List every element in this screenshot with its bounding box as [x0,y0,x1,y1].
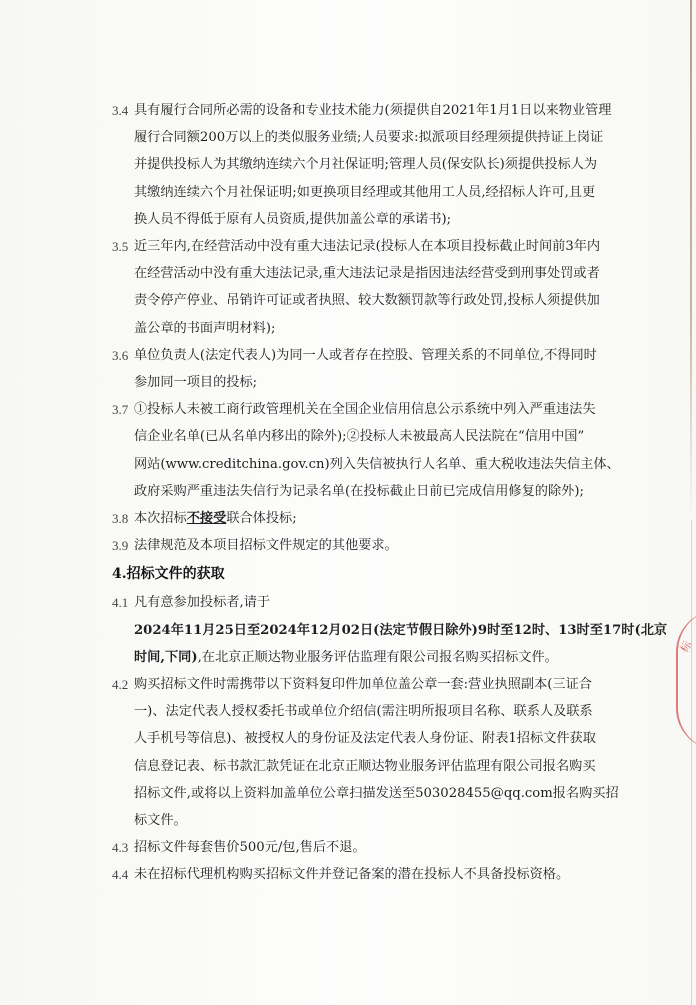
clause-line: 信息登记表、标书款汇款凭证在北京正顺达物业服务评估监理有限公司报名购买 [134,753,592,780]
clause-number: 3.4 [112,97,128,124]
clause-line: 法律规范及本项目招标文件规定的其他要求。 [134,532,592,559]
clause-number: 4.1 [112,589,128,616]
clause-line: 政府采购严重违法失信行为记录名单(在投标截止日前已完成信用修复的除外); [134,478,592,505]
clause-line: 其缴纳连续六个月社保证明;如更换项目经理或其他用工人员,经招标人许可,且更 [134,179,592,206]
clause-4-2: 4.2 购买招标文件时需携带以下资料复印件加单位盖公章一套:营业执照副本(三证合… [112,671,592,834]
clause-3-7: 3.7 ①投标人未被工商行政管理机关在全国企业信用信息公示系统中列入严重违法失 … [112,396,592,505]
clause-line: 履行合同额200万以上的类似服务业绩;人员要求:拟派项目经理须提供持证上岗证 [134,124,592,151]
clause-text: ,在北京正顺达物业服务评估监理有限公司报名购买招标文件。 [198,650,558,665]
clause-number: 3.5 [112,233,128,260]
clause-line: 人手机号等信息)、被授权人的身份证及法定代表人身份证、附表1招标文件获取 [134,725,592,752]
clause-line: 一)、法定代表人授权委托书或单位介绍信(需注明所报项目名称、联系人及联系 [134,698,592,725]
clause-line: 信企业名单(已从名单内移出的除外);②投标人未被最高人民法院在“信用中国” [134,423,592,450]
clause-number: 3.6 [112,342,128,369]
clause-3-4: 3.4 具有履行合同所必需的设备和专业技术能力(须提供自2021年1月1日以来物… [112,97,592,233]
clause-line: 本次招标不接受联合体投标; [134,505,592,532]
clause-line: 换人员不得低于原有人员资质,提供加盖公章的承诺书); [134,206,592,233]
clause-3-6: 3.6 单位负责人(法定代表人)为同一人或者存在控股、管理关系的不同单位,不得同… [112,342,592,396]
clause-text: 本次招标 [134,511,187,526]
clause-line: 并提供投标人为其缴纳连续六个月社保证明;管理人员(保安队长)须提供投标人为 [134,151,592,178]
clause-line: 近三年内,在经营活动中没有重大违法记录(投标人在本项目投标截止时间前3年内 [134,233,592,260]
clause-line-bold: 2024年11月25日至2024年12月02日(法定节假日除外)9时至12时、1… [134,617,592,644]
clause-line: 凡有意参加投标者,请于 [134,589,592,616]
clause-text-bold: 时间,下同) [134,650,198,665]
clause-line: 未在招标代理机构购买招标文件并登记备案的潜在投标人不具备投标资格。 [112,861,592,888]
clause-line: 责令停产停业、吊销许可证或者执照、较大数额罚款等行政处罚,投标人须提供加 [134,287,592,314]
clause-line: 盖公章的书面声明材料); [134,315,592,342]
clause-text: 联合体投标; [226,511,296,526]
stamp-text: 标 [678,639,696,656]
clause-number: 4.3 [112,834,128,861]
clause-3-8: 3.8 本次招标不接受联合体投标; [112,505,592,532]
clause-number: 4.4 [112,861,128,888]
clause-number: 3.9 [112,532,128,559]
underlined-emphasis: 不接受 [187,511,227,526]
clause-line: 在经营活动中没有重大违法记录,重大违法记录是指因违法经营受到刑事处罚或者 [134,260,592,287]
clause-4-4: 4.4 未在招标代理机构购买招标文件并登记备案的潜在投标人不具备投标资格。 [112,861,592,888]
clause-4-1: 4.1 凡有意参加投标者,请于 2024年11月25日至2024年12月02日(… [112,589,592,671]
clause-line: ①投标人未被工商行政管理机关在全国企业信用信息公示系统中列入严重违法失 [134,396,592,423]
red-seal-stamp-fragment: 标 [676,610,696,750]
page-edge-line [690,0,692,520]
clause-line: 招标文件每套售价500元/包,售后不退。 [112,834,592,861]
section-heading-4: 4.招标文件的获取 [112,559,592,589]
clause-line: 具有履行合同所必需的设备和专业技术能力(须提供自2021年1月1日以来物业管理 [134,97,592,124]
clause-4-3: 4.3 招标文件每套售价500元/包,售后不退。 [112,834,592,861]
clause-number: 3.7 [112,396,128,423]
clause-3-9: 3.9 法律规范及本项目招标文件规定的其他要求。 [112,532,592,559]
clause-line: 参加同一项目的投标; [134,369,592,396]
clause-line: 网站(www.creditchina.gov.cn)列入失信被执行人名单、重大税… [134,451,592,478]
clause-number: 4.2 [112,671,128,698]
document-body: 3.4 具有履行合同所必需的设备和专业技术能力(须提供自2021年1月1日以来物… [112,97,592,889]
document-page: 标 3.4 具有履行合同所必需的设备和专业技术能力(须提供自2021年1月1日以… [0,0,696,1005]
page-edge-line-lower [691,520,692,1005]
clause-line: 标文件。 [134,807,592,834]
clause-number: 3.8 [112,505,128,532]
clause-line: 时间,下同),在北京正顺达物业服务评估监理有限公司报名购买招标文件。 [134,644,592,671]
clause-3-5: 3.5 近三年内,在经营活动中没有重大违法记录(投标人在本项目投标截止时间前3年… [112,233,592,342]
clause-line: 单位负责人(法定代表人)为同一人或者存在控股、管理关系的不同单位,不得同时 [134,342,592,369]
clause-line: 购买招标文件时需携带以下资料复印件加单位盖公章一套:营业执照副本(三证合 [134,671,592,698]
clause-line: 招标文件,或将以上资料加盖单位公章扫描发送至503028455@qq.com报名… [134,780,592,807]
